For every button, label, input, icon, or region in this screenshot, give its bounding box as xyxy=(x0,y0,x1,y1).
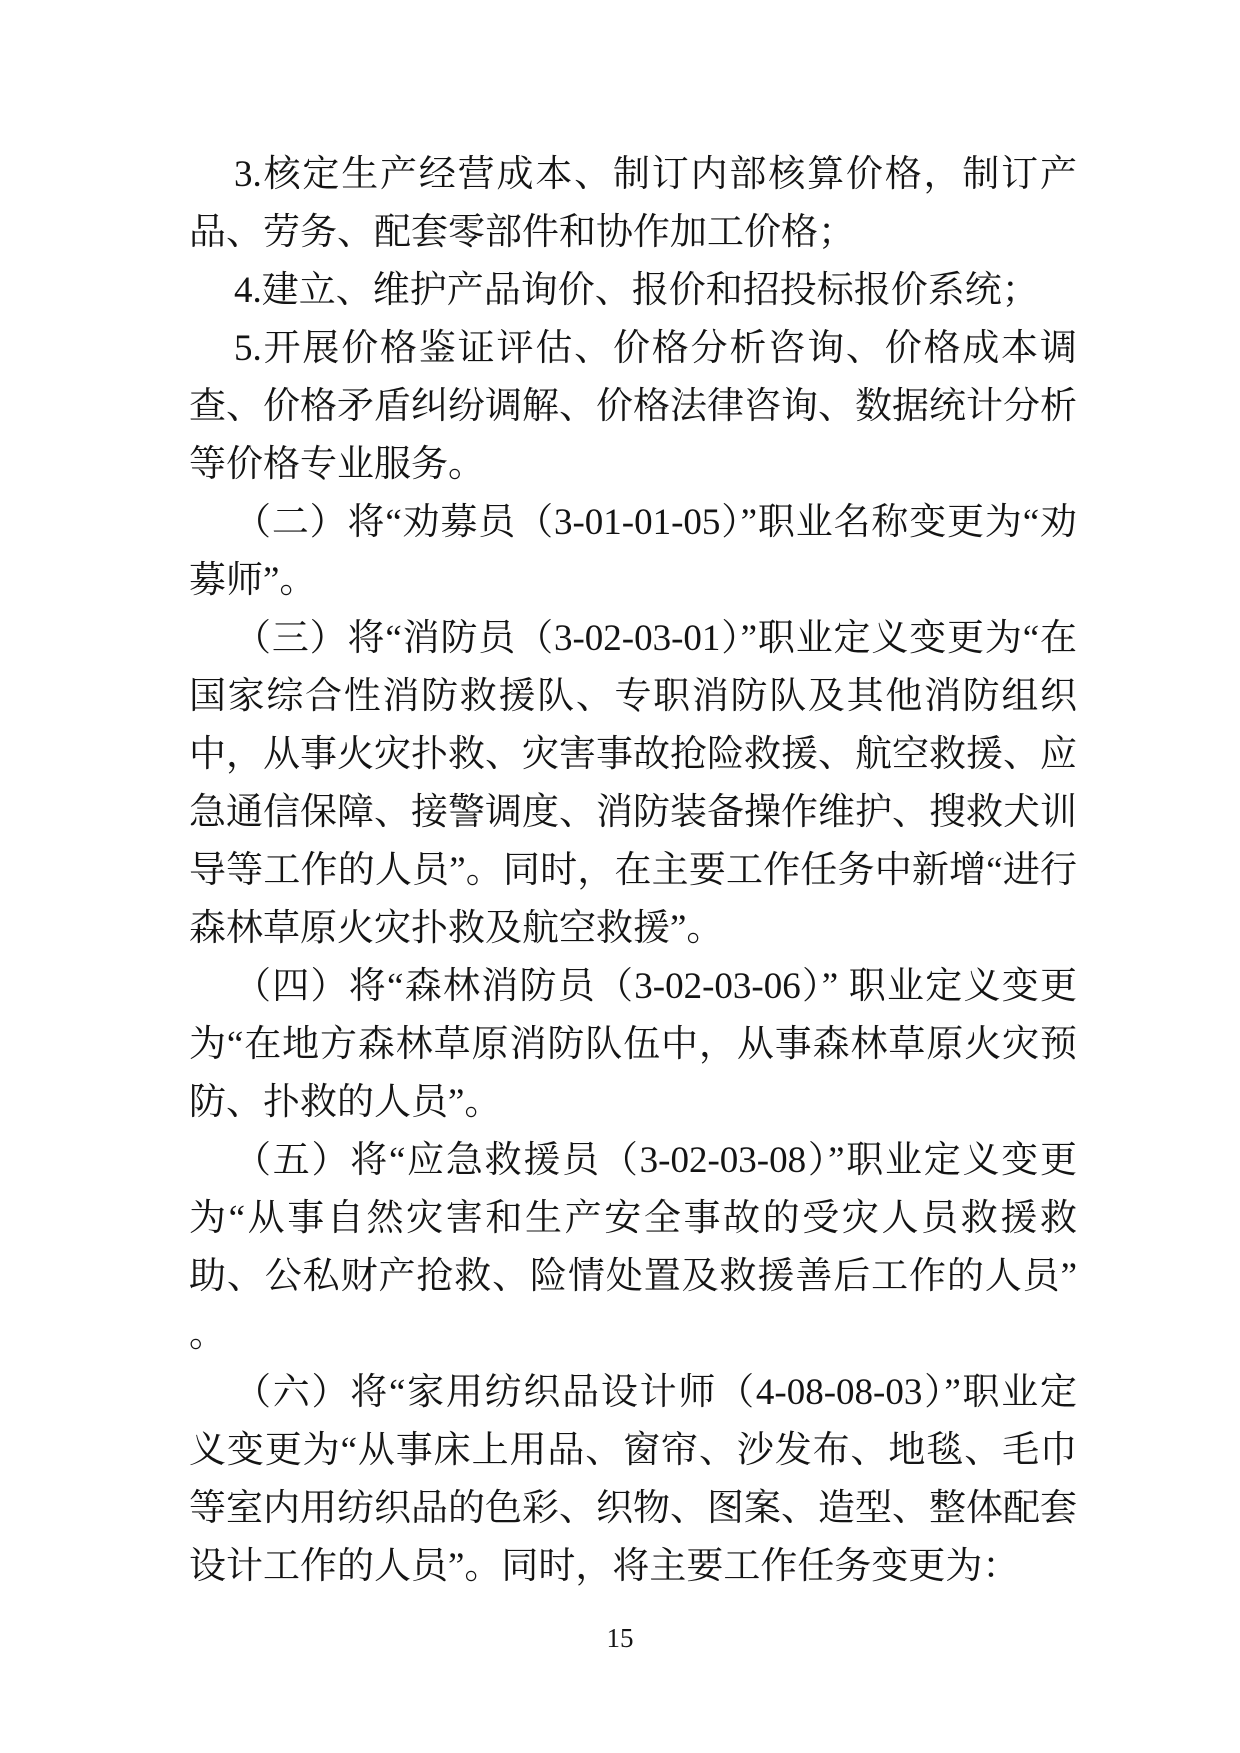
paragraph-section-4: （四）将“森林消防员（3-02-03-06）” 职业定义变更为“在地方森林草原消… xyxy=(189,958,1077,1132)
paragraph-item-3: 3.核定生产经营成本、制订内部核算价格，制订产品、劳务、配套零部件和协作加工价格… xyxy=(189,146,1077,262)
document-body: 3.核定生产经营成本、制订内部核算价格，制订产品、劳务、配套零部件和协作加工价格… xyxy=(189,146,1077,1596)
paragraph-item-4: 4.建立、维护产品询价、报价和招投标报价系统； xyxy=(189,262,1077,320)
paragraph-section-3: （三）将“消防员（3-02-03-01）”职业定义变更为“在国家综合性消防救援队… xyxy=(189,610,1077,958)
page-number: 15 xyxy=(0,1622,1240,1654)
document-page: 3.核定生产经营成本、制订内部核算价格，制订产品、劳务、配套零部件和协作加工价格… xyxy=(0,0,1240,1753)
paragraph-section-5: （五）将“应急救援员（3-02-03-08）”职业定义变更为“从事自然灾害和生产… xyxy=(189,1132,1077,1364)
paragraph-item-5: 5.开展价格鉴证评估、价格分析咨询、价格成本调查、价格矛盾纠纷调解、价格法律咨询… xyxy=(189,320,1077,494)
paragraph-section-6: （六）将“家用纺织品设计师（4-08-08-03）”职业定义变更为“从事床上用品… xyxy=(189,1364,1077,1596)
paragraph-section-2: （二）将“劝募员（3-01-01-05）”职业名称变更为“劝募师”。 xyxy=(189,494,1077,610)
